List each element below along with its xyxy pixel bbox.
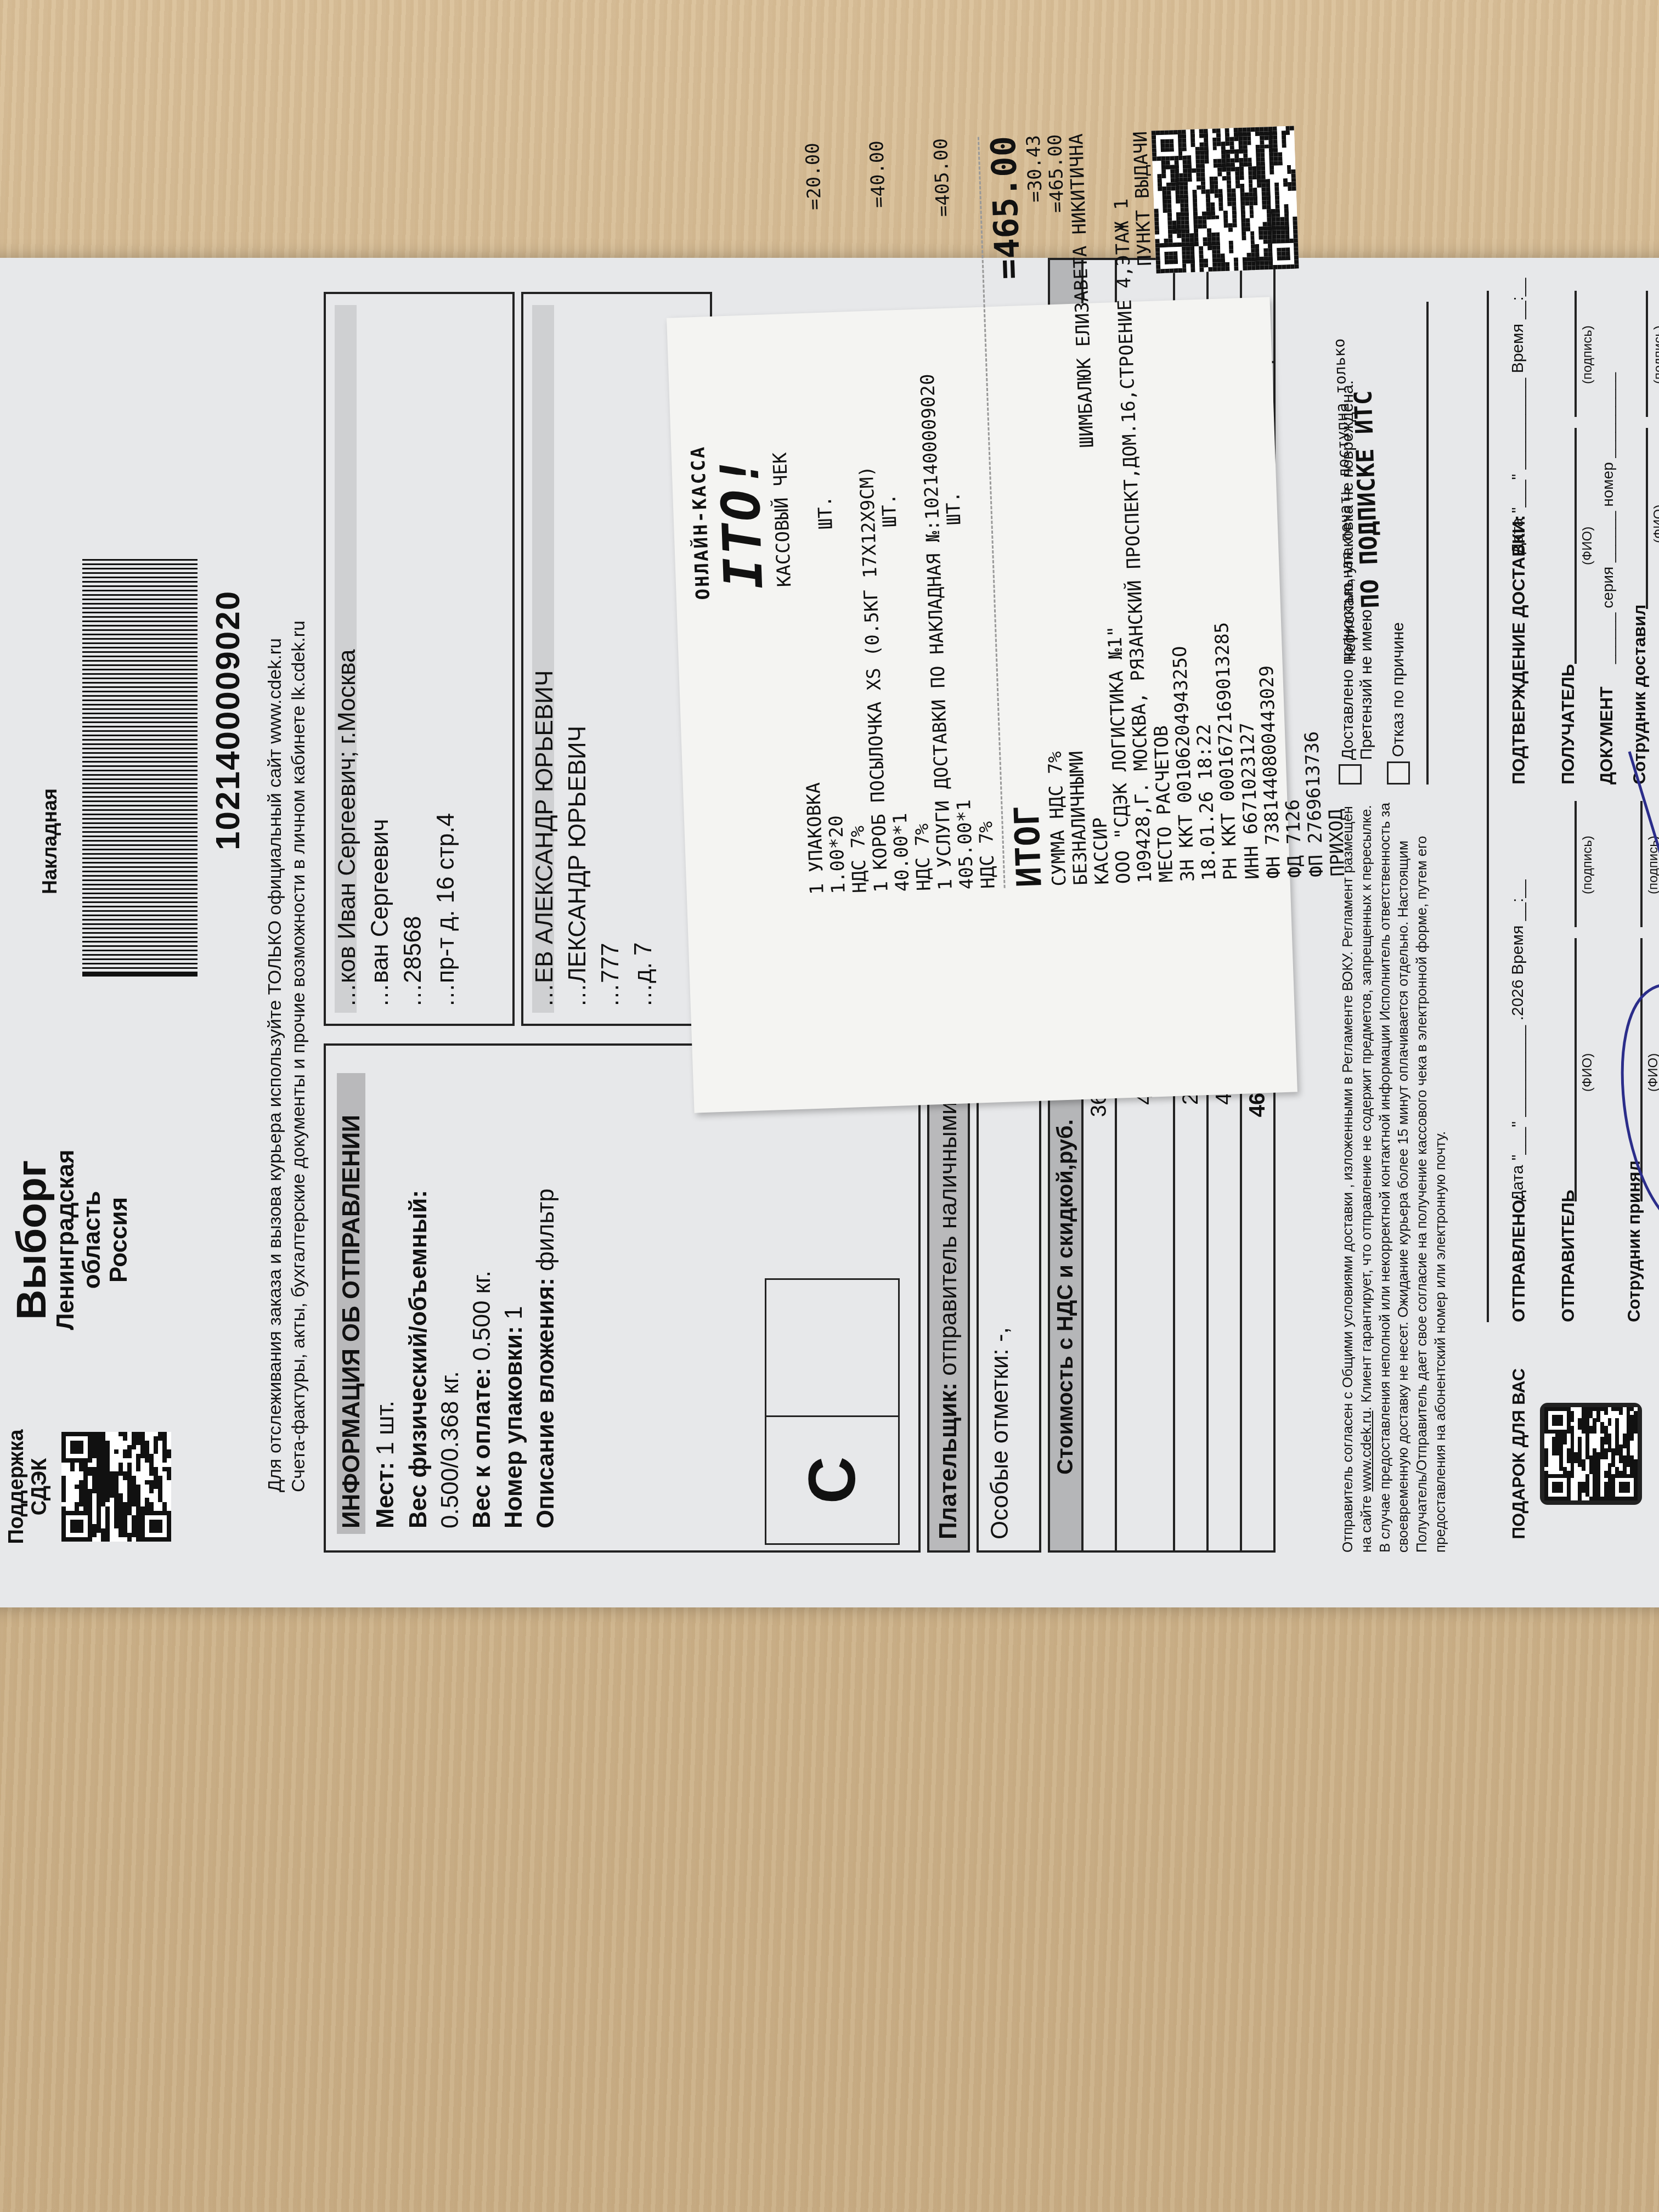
destination-region-2: область [79, 1125, 105, 1355]
contents-row: Описание вложения: фильтр [530, 1188, 561, 1528]
sender-line-4: …пр-т д. 16 стр.4 [430, 813, 461, 1007]
sent-date-label[interactable]: Дата "___" __________ [1509, 1025, 1527, 1201]
sent-date-row: Дата "___" __________ .2026 Время __:__ [1509, 879, 1527, 1201]
waybill-number: 1021400009020 [208, 590, 247, 850]
sender-sign-line[interactable] [1575, 801, 1577, 927]
special-marks-value: -, [986, 1327, 1013, 1342]
confirm-date-label[interactable]: Дата "___" __________ [1509, 378, 1527, 554]
gift-block: ПОДАРОК ДЛЯ ВАС [1509, 1355, 1642, 1553]
recipient-fio-hint: (ФИО) [1580, 527, 1595, 565]
receipt-item-qty: 405.00*1 [953, 799, 978, 890]
courier-fio-line[interactable] [1646, 428, 1648, 609]
receipt-item-qty: 40.00*1 [890, 812, 914, 892]
receipt-fiscal-block: ЗН ККТ 0010620494325О 18.01.26 18:22 РН … [1152, 125, 1349, 882]
recipient-sign-hint: (подпись) [1580, 325, 1595, 384]
support-title: Поддержка [5, 1415, 29, 1558]
weight-value: 0.500/0.368 кг. [435, 1371, 466, 1528]
gift-label: ПОДАРОК ДЛЯ ВАС [1509, 1355, 1529, 1553]
cost-header: Стоимость с НДС и скидкой,руб. [1049, 1042, 1082, 1551]
courier-fio-hint: (ФИО) [1651, 505, 1659, 543]
receipt-item-sum: =40.00 [866, 140, 890, 208]
sender-line-1: …ков Иван Сергеевич; г.Москва [331, 649, 363, 1007]
receipt-fiscal-info: ЗН ККТ 0010620494325О 18.01.26 18:22 РН … [1169, 618, 1349, 882]
special-marks-text: Особые отметки: -, [984, 1327, 1015, 1539]
shipment-info-title: ИНФОРМАЦИЯ ОБ ОТПРАВЛЕНИИ [336, 1115, 367, 1528]
confirm-title: ПОДТВЕРЖДЕНИЕ ДОСТАВКИ: [1509, 515, 1529, 785]
support-brand: СДЭК [29, 1415, 52, 1558]
confirm-recipient-label: ПОЛУЧАТЕЛЬ [1558, 664, 1578, 785]
total-value: 465.00 [1241, 1042, 1274, 1551]
places-value: 1 шт. [372, 1401, 399, 1455]
notice-line-2: Счета-фактуры, акты, бухгалтерские докум… [287, 296, 311, 1492]
terms-link[interactable]: www.cdek.ru [1358, 1410, 1374, 1491]
recipient-line-3: …777 [595, 943, 626, 1007]
service-cost: 365.00 [1082, 1042, 1116, 1551]
confirm-time[interactable]: __:__ [1509, 278, 1527, 319]
receipt-item-unit: ШТ. [878, 493, 901, 528]
sender-fio-hint: (ФИО) [1580, 1053, 1595, 1092]
notice: Для отслеживания заказа и вызова курьера… [263, 296, 310, 1492]
recipient-line-4: …д. 7 [628, 942, 659, 1007]
pack-number-row: Номер упаковки: 1 [498, 1306, 529, 1528]
pay-weight-value: 0.500 кг. [469, 1271, 495, 1361]
cashier-label: КАССИР [1090, 817, 1113, 885]
shipment-info-box: ИНФОРМАЦИЯ ОБ ОТПРАВЛЕНИИ Мест: 1 шт. Ве… [324, 1043, 921, 1553]
sent-title: ОТПРАВЛЕНО: [1509, 1194, 1529, 1322]
sender-sign-hint: (подпись) [1580, 836, 1595, 894]
refused-reason-line[interactable] [1426, 302, 1429, 785]
confirm-date-row: Дата "___" __________ Время __:__ [1509, 278, 1527, 554]
receipt-item-qty: 1.00*20 [826, 815, 850, 894]
contents-label: Описание вложения: [532, 1278, 559, 1528]
confirm-time-label: Время [1509, 324, 1527, 373]
support-block: Поддержка СДЭК [5, 1415, 171, 1558]
sender-fio-line[interactable] [1575, 938, 1577, 1201]
pack-number-value: 1 [500, 1306, 527, 1319]
option-refused: Отказ по причине [1387, 302, 1410, 785]
recipient-line-2: …ЛЕКСАНДР ЮРЬЕВИЧ [562, 726, 593, 1007]
cash-receipt: ОНЛАЙН-КАССА ITO! КАССОВЫЙ ЧЕК 1 УПАКОВК… [667, 297, 1297, 1113]
number-label: номер [1599, 462, 1616, 506]
courier-sign-hint: (подпись) [1651, 325, 1659, 384]
sender-line-3: …28568 [397, 916, 428, 1007]
document-fields: ______ серия ______ номер __________ [1599, 373, 1617, 664]
notice-line-1: Для отслеживания заказа и вызова курьера… [263, 296, 287, 1492]
places-label: Мест: [372, 1462, 399, 1528]
handwritten-signature [1596, 730, 1659, 1223]
special-marks-label: Особые отметки: [986, 1348, 1013, 1539]
receipt-content: ОНЛАЙН-КАССА ITO! КАССОВЫЙ ЧЕК 1 УПАКОВК… [660, 105, 1291, 921]
receipt-item-unit: ШТ. [943, 491, 966, 526]
places-row: Мест: 1 шт. [370, 1401, 401, 1528]
recipient-fio-line[interactable] [1575, 428, 1577, 664]
receipt-item-unit: ШТ. [814, 495, 837, 530]
service-cost: 40.00 [1207, 1042, 1241, 1551]
receipt-total-value: =465.00 [984, 136, 1028, 280]
barcode-icon [82, 433, 198, 977]
waybill-title: Накладная [38, 788, 61, 894]
series-label: серия [1599, 567, 1616, 608]
destination-country: Россия [106, 1125, 132, 1355]
pay-weight-row: Вес к оплате: 0.500 кг. [466, 1271, 498, 1528]
sent-sender-label: ОТПРАВИТЕЛЬ [1558, 1189, 1578, 1322]
payer-label: Плательщик: [935, 1383, 962, 1539]
pack-number-label: Номер упаковки: [500, 1326, 527, 1528]
sent-year-text: .2026 Время [1509, 926, 1527, 1021]
terms-text: Отправитель согласен с Общими условиями … [1339, 795, 1450, 1553]
receipt-item-sum: =405.00 [930, 138, 955, 217]
divider-line [1487, 291, 1489, 1322]
receipt-total-label: ИТОГ [1007, 805, 1049, 888]
weight-label: Вес физический/объемный: [403, 1190, 434, 1528]
recipient-line-1: …ЕВ АЛЕКСАНДР ЮРЬЕВИЧ [529, 670, 560, 1007]
tariff-box: С [765, 1278, 900, 1545]
sender-line-2: …ван Сергеевич [364, 819, 396, 1008]
recipient-sign-line[interactable] [1575, 291, 1577, 417]
gift-qr-icon[interactable] [1540, 1403, 1642, 1505]
receipt-item-sum: =20.00 [802, 142, 826, 210]
pay-weight-label: Вес к оплате: [469, 1368, 495, 1528]
refused-label: Отказ по причине [1389, 622, 1408, 757]
vat-sum-value: =30.43 [1023, 134, 1047, 202]
courier-sign-line[interactable] [1646, 291, 1648, 417]
receipt-qr-icon[interactable] [1152, 126, 1299, 274]
sent-time[interactable]: __:__ [1509, 879, 1527, 921]
destination-city: Выборг [11, 1125, 53, 1355]
service-cost: 40.00 [1116, 1042, 1174, 1551]
qr-code-icon[interactable] [61, 1432, 171, 1542]
destination-region-1: Ленинградская [53, 1125, 79, 1355]
destination-block: Выборг Ленинградская область Россия [11, 1125, 132, 1355]
service-cost: 20.00 [1174, 1042, 1207, 1551]
tariff-letter: С [766, 1415, 898, 1543]
cashless-value: =465.00 [1045, 134, 1069, 213]
receipt-items: 1 УПАКОВКА1.00*20ШТ.=20.00НДС 7%1 КОРОБ … [781, 137, 1000, 895]
sender-box: …ков Иван Сергеевич; г.Москва …ван Серге… [324, 292, 515, 1026]
payer-text: Плательщик: отправитель наличными, ИНН [933, 1036, 964, 1539]
contents-value: фильтр [532, 1188, 559, 1271]
